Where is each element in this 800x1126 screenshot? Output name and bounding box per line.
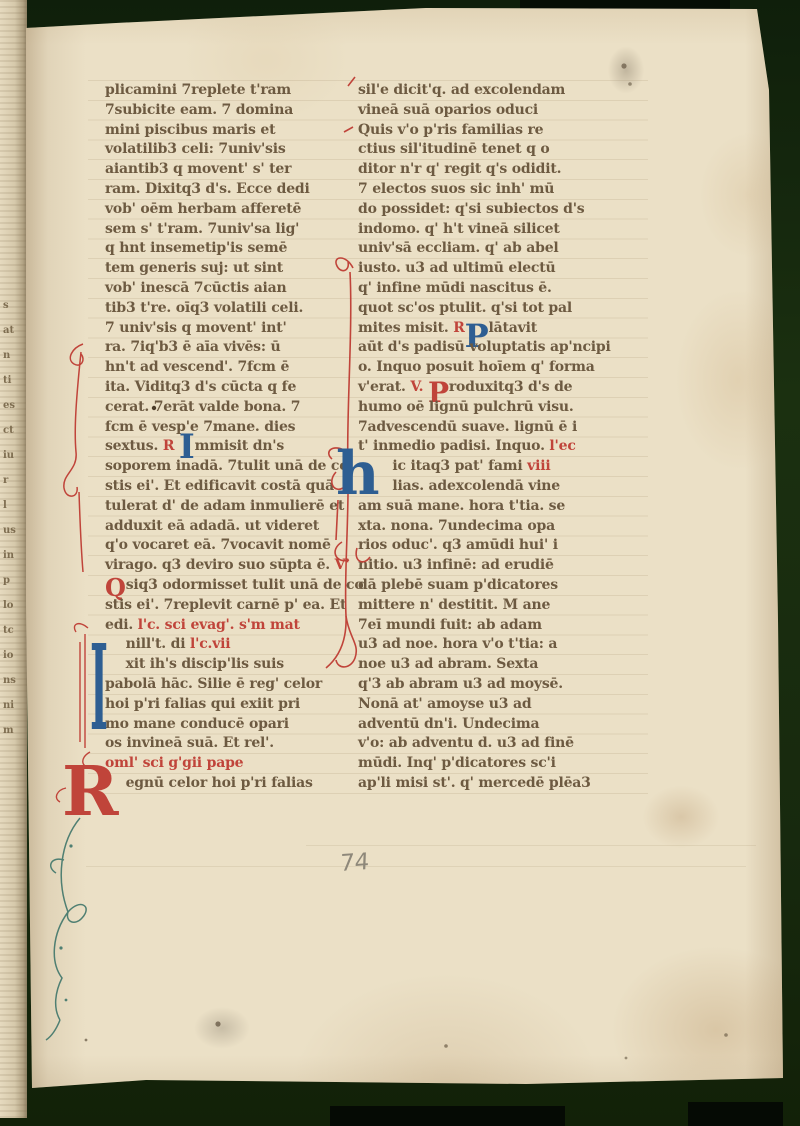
text-line: volatilib3 celi: 7univ'sis [105, 141, 286, 161]
gutter-text-fragment: us [3, 525, 16, 536]
text-line: humo oē lignū pulchrū visu. [358, 399, 574, 419]
gutter-text-fragment: ct [3, 425, 14, 436]
text-line: nitio. u3 infinē: ad erudiē [358, 557, 554, 577]
text-line: sextus. R Immisit dn's [105, 438, 284, 458]
gutter-text-fragment: p [3, 575, 10, 586]
text-line: dā plebē suam p'dicatores [358, 577, 558, 597]
text-line: aūt d's padisū voluptatis ap'ncipi [358, 339, 611, 359]
text-line: hn't ad vescend'. 7fcm ē [105, 359, 289, 379]
ruling-line-extra [86, 866, 746, 867]
text-line: mo mane conducē opari [105, 716, 289, 736]
text-line: tem generis suj: ut sint [105, 260, 283, 280]
gutter-text-fragment: l [3, 500, 7, 511]
text-line: Qsiq3 odormisset tulit unā de co [105, 577, 363, 597]
text-line: xta. nona. 7undecima opa [358, 518, 555, 538]
text-line: Nonā at' amoyse u3 ad [358, 696, 531, 716]
text-line: ram. Dixitq3 d's. Ecce dedi [105, 181, 310, 201]
text-line: ditor n'r q' regit q's odidit. [358, 161, 561, 181]
folio-number: 74 [340, 849, 370, 877]
text-line: mites misit. RPlātavit [358, 320, 537, 340]
text-line: ap'li misi st'. q' mercedē plēa3 [358, 775, 591, 795]
text-line: adventū dn'i. Undecima [358, 716, 539, 736]
text-line: mini piscibus maris et [105, 122, 275, 142]
gutter-text-fragment: io [3, 650, 13, 661]
text-line: 7eī mundi fuit: ab adam [358, 617, 542, 637]
text-line: t' inmedio padisi. Inquo. l'ec [358, 438, 576, 458]
text-line: u3 ad noe. hora v'o t'tia: a [358, 636, 557, 656]
gutter-text-fragment: m [3, 725, 14, 736]
gutter-text-fragment: lo [3, 600, 13, 611]
text-line: egnū celor hoi p'ri falias [105, 775, 313, 795]
gutter-text-fragment: ns [3, 675, 16, 686]
text-line: ctius sil'itudinē tenet q o [358, 141, 549, 161]
text-line: sem s' t'ram. 7univ'sa lig' [105, 221, 299, 241]
text-line: soporem inadā. 7tulit unā de co [105, 458, 348, 478]
text-line: noe u3 ad abram. Sexta [358, 656, 538, 676]
backdrop-highlight-right [783, 180, 800, 880]
manuscript-page: plicamini 7replete t'ram7subicite eam. 7… [26, 0, 783, 1110]
backdrop-shadow-bottom-2 [688, 1102, 783, 1126]
text-line: aiantib3 q movent' s' ter [105, 161, 291, 181]
text-line: mittere n' destitit. M ane [358, 597, 550, 617]
gutter-text-fragment: tc [3, 625, 14, 636]
text-line: oml' sci g'gii pape [105, 755, 243, 775]
text-line: fcm ē vesp'e 7mane. dies [105, 419, 295, 439]
red-flourish-left-margin [64, 344, 83, 572]
text-line: rios oduc'. q3 amūdi hui' i [358, 537, 558, 557]
text-line: indomo. q' h't vineā silicet [358, 221, 560, 241]
text-line: 7 electos suos sic inh' mū [358, 181, 554, 201]
gutter-text-fragment: r [3, 475, 8, 486]
text-line: cerat. 7erāt valde bona. 7 [105, 399, 300, 419]
text-line: pabolā hāc. Silie ē reg' celor [105, 676, 322, 696]
gutter-text-fragment: ti [3, 375, 11, 386]
text-line: lias. adexcolendā vine [358, 478, 560, 498]
teal-flourish-initial-R [46, 818, 86, 1040]
text-line: q hnt insemetip'is semē [105, 240, 287, 260]
text-line: stis ei'. 7replevit carnē p' ea. Et [105, 597, 346, 617]
text-line: v'o: ab adventu d. u3 ad finē [358, 735, 574, 755]
text-line: tulerat d' de adam inmulierē et [105, 498, 344, 518]
gutter-text-fragment: s [3, 300, 9, 311]
text-line: sil'e dicit'q. ad excolendam [358, 82, 565, 102]
text-line: vob' inescā 7cūctis aian [105, 280, 287, 300]
backdrop-shadow-bottom-1 [330, 1106, 565, 1126]
text-line: 7advescendū suave. lignū ē i [358, 419, 577, 439]
text-line: adduxit eā adadā. ut videret [105, 518, 319, 538]
text-line: ita. Viditq3 d's cūcta q fe [105, 379, 296, 399]
text-line: hoi p'ri falias qui exiit pri [105, 696, 300, 716]
text-line: mūdi. Inq' p'dicatores sc'i [358, 755, 556, 775]
text-line: v'erat. V. Produxitq3 d's de [358, 379, 572, 399]
text-line: vineā suā oparios oduci [358, 102, 538, 122]
text-line: o. Inquo posuit hoīem q' forma [358, 359, 595, 379]
text-line: q'o vocaret eā. 7vocavit nomē [105, 537, 331, 557]
gutter-text-fragment: iu [3, 450, 14, 461]
text-line: q' infine mūdi nascitus ē. [358, 280, 552, 300]
gutter-text-fragment: ni [3, 700, 14, 711]
gutter-text-fragment: n [3, 350, 10, 361]
text-line: vob' oēm herbam afferetē [105, 201, 301, 221]
text-line: 7subicite eam. 7 domina [105, 102, 293, 122]
ruling-line-extra [306, 845, 756, 846]
text-line: am suā mane. hora t'tia. se [358, 498, 565, 518]
decorated-initial-I-blue: I [90, 630, 108, 748]
text-line: do possidet: q'si subiectos d's [358, 201, 584, 221]
text-line: edi. l'c. sci evag'. s'm mat [105, 617, 300, 637]
decorated-initial-R-red: R [62, 758, 119, 826]
text-line: 7 univ'sis q movent' int' [105, 320, 287, 340]
text-line: os invineā suā. Et rel'. [105, 735, 274, 755]
page-stack-edge: satntiesctiurlusinplotcionsnim [0, 0, 27, 1118]
text-line: univ'sā eccliam. q' ab abel [358, 240, 559, 260]
text-line: ic itaq3 pat' fami viii [358, 458, 550, 478]
decorated-initial-H-blue: h [336, 444, 380, 504]
gutter-text-fragments: satntiesctiurlusinplotcionsnim [0, 0, 27, 1118]
text-line: q'3 ab abram u3 ad moysē. [358, 676, 563, 696]
text-line: ra. 7iq'b3 ē aīa vivēs: ū [105, 339, 280, 359]
text-line: plicamini 7replete t'ram [105, 82, 291, 102]
text-line: iusto. u3 ad ultimū electū [358, 260, 555, 280]
text-line: Quis v'o p'ris familias re [358, 122, 543, 142]
gutter-text-fragment: es [3, 400, 15, 411]
text-line: stis ei'. Et edificavit costā quā [105, 478, 334, 498]
gutter-text-fragment: at [3, 325, 14, 336]
text-line: virago. q3 deviro suo sūpta ē. V' [105, 557, 349, 577]
photo-backdrop: satntiesctiurlusinplotcionsnim plicamini… [0, 0, 800, 1126]
text-line: tib3 t're. oīq3 volatili celi. [105, 300, 303, 320]
text-line: xit ih's discip'lis suis [105, 656, 284, 676]
text-line: nill't. di l'c.vii [105, 636, 230, 656]
gutter-text-fragment: in [3, 550, 14, 561]
